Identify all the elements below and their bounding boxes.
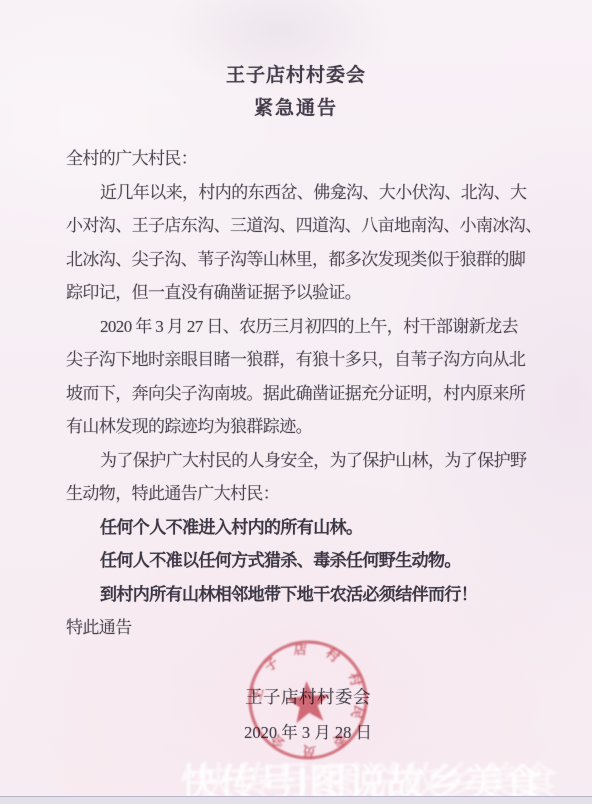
paragraph-line: 生动物，特此通告广大村民： xyxy=(66,477,584,511)
paragraph-line: 近几年以来，村内的东西岔、佛龛沟、大小伏沟、北沟、大 xyxy=(66,176,584,210)
photo-bottom-edge xyxy=(0,796,592,804)
paragraph-line: 为了保护广大村民的人身安全，为了保护山林，为了保护野 xyxy=(66,444,584,478)
paragraph-line: 小对沟、王子店东沟、三道沟、四道沟、八亩地南沟、小南冰沟、 xyxy=(66,209,584,243)
paragraph-line: 2020 年 3 月 27 日、农历三月初四的上午，村干部谢新龙去 xyxy=(66,310,584,344)
notice-body: 全村的广大村民： 近几年以来，村内的东西岔、佛龛沟、大小伏沟、北沟、大 小对沟、… xyxy=(66,142,584,645)
paragraph-line: 北冰沟、尖子沟、苇子沟等山林里，都多次发现类似于狼群的脚 xyxy=(66,243,584,277)
notice-document-photo: 王子店村村委会 紧急通告 全村的广大村民： 近几年以来，村内的东西岔、佛龛沟、大… xyxy=(0,0,592,804)
rule-line: 到村内所有山林相邻地带下地干农活必须结伴而行！ xyxy=(66,578,584,612)
seal-star-icon xyxy=(285,679,332,724)
paragraph-line: 踪印记，但一直没有确凿证据予以验证。 xyxy=(66,276,584,310)
paragraph-line: 尖子沟下地时亲眼目睹一狼群，有狼十多只，自苇子沟方向从北 xyxy=(66,343,584,377)
salutation: 全村的广大村民： xyxy=(66,142,584,176)
paragraph-line: 有山林发现的踪迹均为狼群踪迹。 xyxy=(66,410,584,444)
org-title: 王子店村村委会 xyxy=(0,60,592,87)
official-red-seal: 王子店村村民委员会 xyxy=(241,633,375,767)
rule-line: 任何人不准以任何方式猎杀、毒杀任何野生动物。 xyxy=(66,544,584,578)
rule-line: 任何个人不准进入村内的所有山林。 xyxy=(66,511,584,545)
notice-title: 紧急通告 xyxy=(0,93,592,120)
paragraph-line: 坡而下，奔向尖子沟南坡。据此确凿证据充分证明，村内原来所 xyxy=(66,377,584,411)
